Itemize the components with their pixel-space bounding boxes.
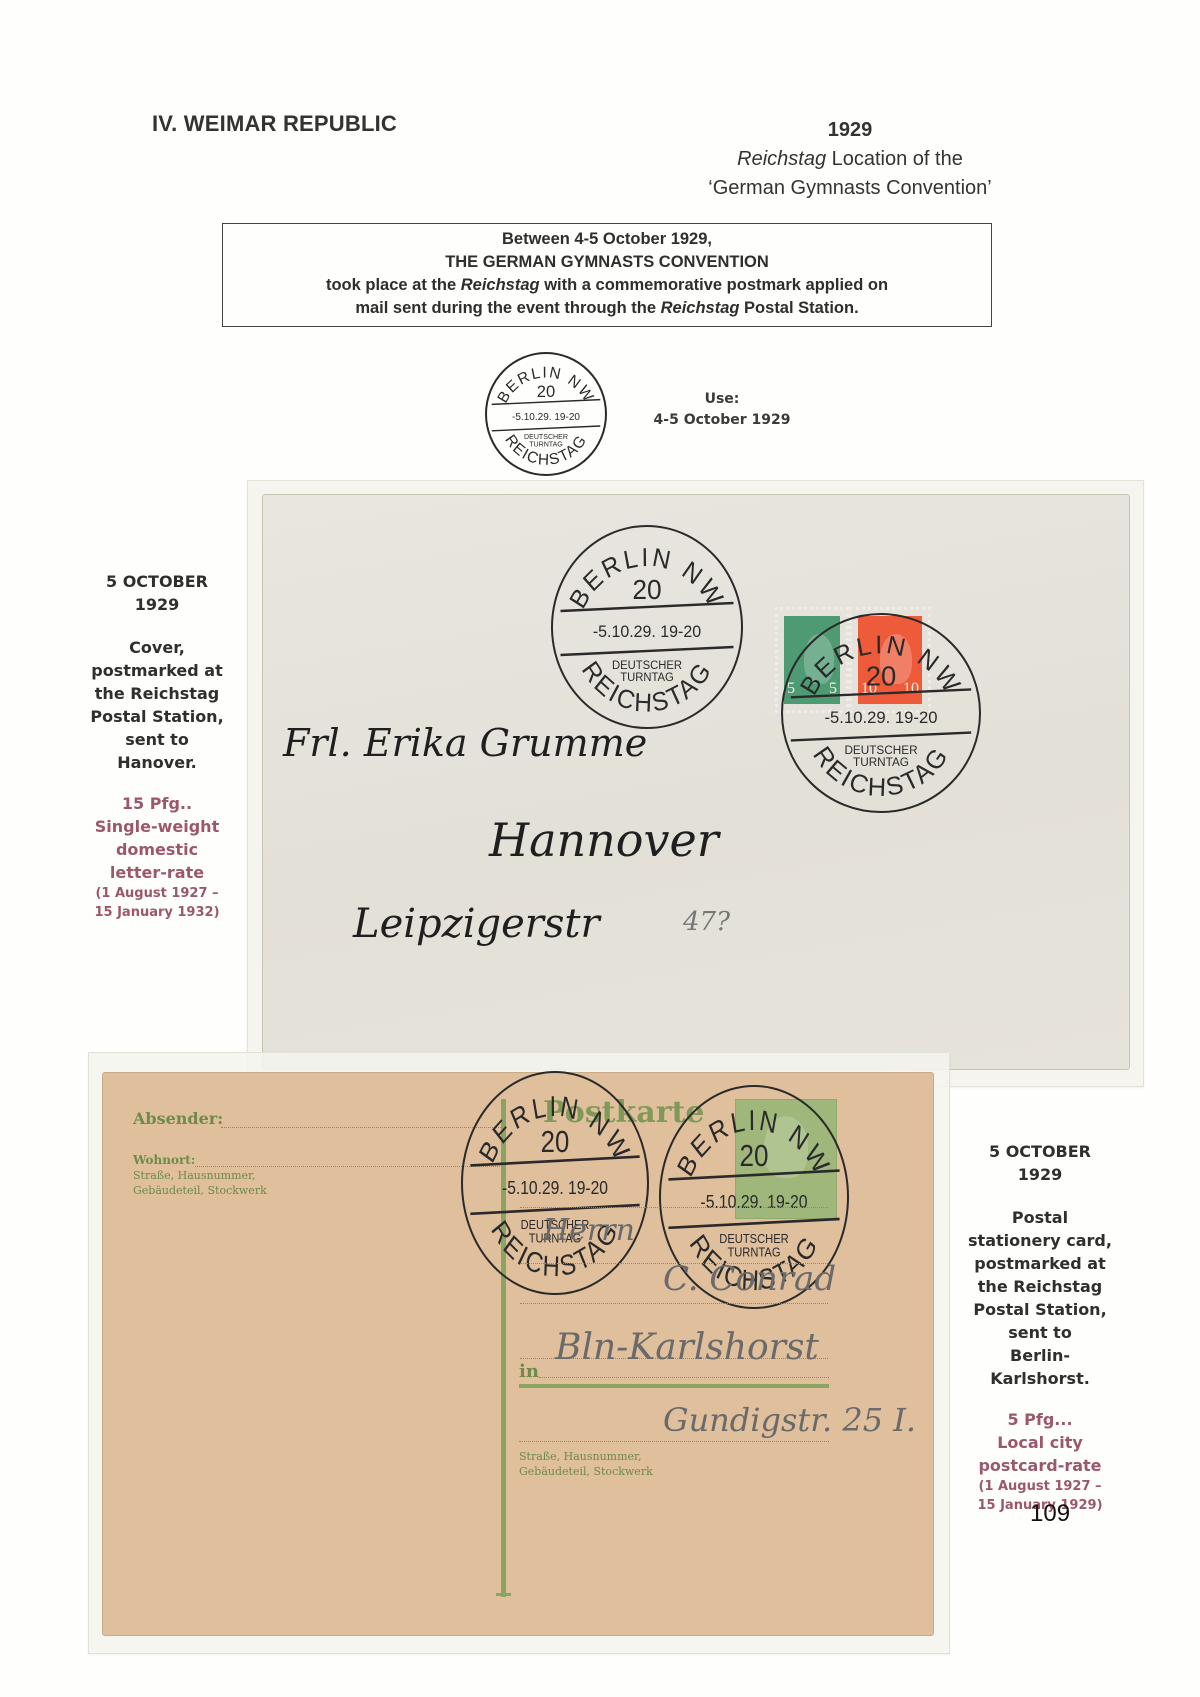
heading-year: 1929 (640, 116, 1060, 145)
svg-text:20: 20 (740, 1139, 769, 1174)
caption-description: Postalstationery card,postmarked atthe R… (960, 1206, 1120, 1390)
cover-postmark: BERLIN NW 20 -5.10.29. 19-20 DEUTSCHER T… (551, 525, 743, 729)
in-label: in (519, 1361, 539, 1382)
street-sub: Straße, Hausnummer,Gebäudeteil, Stockwer… (519, 1449, 653, 1479)
svg-text:20: 20 (541, 1125, 570, 1160)
svg-text:-5.10.29. 19-20: -5.10.29. 19-20 (825, 708, 938, 727)
info-line: Between 4-5 October 1929, (223, 228, 991, 251)
card-address-salutation: Herrn (543, 1213, 635, 1248)
svg-text:TURNTAG: TURNTAG (529, 440, 563, 448)
caption-date: 5 OCTOBER1929 (960, 1140, 1120, 1186)
postal-stationery-card: Absender: Wohnort: Straße, Hausnummer,Ge… (102, 1072, 934, 1636)
info-line: mail sent during the event through the R… (223, 297, 991, 320)
use-dates: 4-5 October 1929 (632, 410, 812, 431)
sender-label: Absender: (133, 1109, 223, 1128)
heading-subtitle-line2: ‘German Gymnasts Convention’ (640, 174, 1060, 203)
heading-rest: Location of the (826, 148, 963, 170)
cover-stamp-postmark: BERLIN NW 20 -5.10.29. 19-20 DEUTSCHER T… (781, 613, 981, 813)
svg-text:-5.10.29. 19-20: -5.10.29. 19-20 (700, 1191, 807, 1213)
card-divider-foot (496, 1593, 511, 1596)
svg-text:-5.10.29. 19-20: -5.10.29. 19-20 (512, 412, 580, 423)
heading-subtitle: Reichstag Location of the (640, 145, 1060, 174)
svg-text:20: 20 (537, 382, 555, 401)
sender-line (221, 1127, 501, 1128)
cover-envelope: BERLIN NW 20 -5.10.29. 19-20 DEUTSCHER T… (262, 494, 1130, 1070)
use-label: Use: (632, 389, 812, 410)
residence-sub: Straße, Hausnummer,Gebäudeteil, Stockwer… (133, 1168, 267, 1198)
page-heading: 1929 Reichstag Location of the ‘German G… (640, 116, 1060, 203)
heading-italic: Reichstag (737, 148, 826, 170)
svg-text:-5.10.29. 19-20: -5.10.29. 19-20 (502, 1177, 608, 1199)
info-line: took place at the Reichstag with a comme… (223, 274, 991, 297)
svg-text:TURNTAG: TURNTAG (853, 756, 909, 769)
svg-text:TURNTAG: TURNTAG (727, 1245, 780, 1260)
section-title: IV. WEIMAR REPUBLIC (152, 111, 397, 137)
address-line (520, 1303, 828, 1304)
info-box: Between 4-5 October 1929, THE GERMAN GYM… (222, 223, 992, 327)
address-city: Hannover (489, 813, 719, 867)
card-postmark-left: BERLIN NW 20 -5.10.29. 19-20 DEUTSCHER T… (461, 1071, 649, 1295)
caption-rate-period: (1 August 1927 –15 January 1932) (72, 884, 242, 922)
page-number: 109 (1030, 1500, 1070, 1528)
caption-rate: 5 Pfg...Local citypostcard-rate (960, 1408, 1120, 1477)
svg-text:20: 20 (866, 661, 897, 692)
city-line (539, 1377, 829, 1378)
svg-text:20: 20 (632, 573, 661, 605)
residence-label: Wohnort: (133, 1153, 195, 1167)
card-caption: 5 OCTOBER1929 Postalstationery card,post… (960, 1140, 1120, 1515)
reference-postmark: BERLIN NW 20 -5.10.29. 19-20 DEUTSCHER T… (485, 352, 607, 476)
caption-description: Cover,postmarked atthe ReichstagPostal S… (72, 636, 242, 774)
use-note: Use: 4-5 October 1929 (632, 389, 812, 431)
card-address-street: Gundigstr. 25 I. (663, 1401, 916, 1439)
svg-text:-5.10.29. 19-20: -5.10.29. 19-20 (593, 623, 701, 642)
cover-caption: 5 OCTOBER1929 Cover,postmarked atthe Rei… (72, 570, 242, 922)
street-line (519, 1441, 829, 1442)
residence-line (195, 1166, 500, 1167)
card-address-name: C. Conrad (663, 1259, 836, 1299)
city-underline (519, 1384, 829, 1388)
svg-text:TURNTAG: TURNTAG (620, 671, 674, 684)
caption-rate: 15 Pfg..Single-weightdomesticletter-rate (72, 792, 242, 884)
card-address-city: Bln-Karlshorst (555, 1327, 819, 1368)
address-house-number: 47? (683, 907, 730, 937)
address-street: Leipzigerstr (353, 901, 600, 947)
address-recipient: Frl. Erika Grumme (283, 721, 647, 765)
info-line: THE GERMAN GYMNASTS CONVENTION (223, 251, 991, 274)
caption-date: 5 OCTOBER1929 (72, 570, 242, 616)
address-line (520, 1207, 828, 1208)
